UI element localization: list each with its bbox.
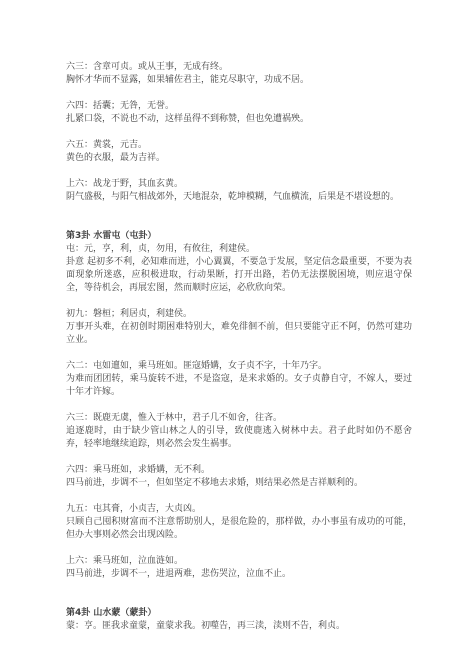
yao-entry-zhun-64: 六四：乘马班如，求婚媾，无不利。 四马前进，步调不一，但如坚定不移地去求婚，则结… [66, 464, 412, 490]
yao-entry-zhun-63: 六三：既鹿无虞，惟入于林中，君子几不如舍，往吝。 追逐鹿时，由于缺少管山林之人的… [66, 412, 412, 451]
yao-explanation: 四马前进，步调不一，进退两难，悲伤哭泣，泣血不止。 [66, 568, 412, 581]
yao-explanation: 胸怀才华而不显露，如果辅佐君主，能克尽职守，功成不居。 [66, 74, 412, 87]
yao-entry-kun-shang6: 上六：战龙于野，其血玄黄。 阴气盛极，与阳气相战郊外，天地混杂，乾坤模糊，气血横… [66, 178, 412, 204]
yao-entry-zhun-shang6: 上六：乘马班如，泣血涟如。 四马前进，步调不一，进退两难，悲伤哭泣，泣血不止。 [66, 555, 412, 581]
chapter-title: 第4卦 山水蒙（蒙卦） [66, 607, 412, 620]
gua-text: 蒙：亨。匪我求童蒙，童蒙求我。初噬告，再三渎，渎则不告，利贞。 [66, 620, 412, 633]
yao-entry-zhun-62: 六二：屯如邅如，乘马班如。匪寇婚媾，女子贞不字，十年乃字。 为难而团团转，乘马旋… [66, 360, 412, 399]
yao-entry-kun-65: 六五：黄裳，元吉。 黄色的衣服，最为吉祥。 [66, 139, 412, 165]
yao-text: 上六：乘马班如，泣血涟如。 [66, 555, 412, 568]
yao-entry-kun-63: 六三：含章可贞。或从王事，无成有终。 胸怀才华而不显露，如果辅佐君主，能克尽职守… [66, 61, 412, 87]
yao-text: 六五：黄裳，元吉。 [66, 139, 412, 152]
gua-meaning: 卦意 起初多不利，必知难而进，小心翼翼，不要急于发展，坚定信念最重要，不要为表面… [66, 256, 412, 295]
yao-text: 初九：磐桓；利居贞，利建侯。 [66, 308, 412, 321]
chapter-3-zhun: 第3卦 水雷屯（屯卦） 屯：元，亨，利，贞，勿用，有攸往，利建侯。 卦意 起初多… [66, 230, 412, 295]
yao-explanation: 为难而团团转，乘马旋转不进，不是盗寇，是来求婚的。女子贞静自守，不嫁人，要过十年… [66, 373, 412, 399]
yao-text: 六四：乘马班如，求婚媾，无不利。 [66, 464, 412, 477]
chapter-4-meng: 第4卦 山水蒙（蒙卦） 蒙：亨。匪我求童蒙，童蒙求我。初噬告，再三渎，渎则不告，… [66, 607, 412, 633]
yao-text: 六三：含章可贞。或从王事，无成有终。 [66, 61, 412, 74]
yao-text: 九五：屯其膏，小贞吉，大贞凶。 [66, 503, 412, 516]
yao-entry-kun-64: 六四：括囊；无咎，无誉。 扎紧口袋，不说也不动，这样虽得不到称赞，但也免遭祸殃。 [66, 100, 412, 126]
yao-explanation: 四马前进，步调不一，但如坚定不移地去求婚，则结果必然是吉祥顺利的。 [66, 477, 412, 490]
chapter-title: 第3卦 水雷屯（屯卦） [66, 230, 412, 243]
yao-explanation: 黄色的衣服，最为吉祥。 [66, 152, 412, 165]
document-page: 六三：含章可贞。或从王事，无成有终。 胸怀才华而不显露，如果辅佐君主，能克尽职守… [0, 0, 474, 670]
yao-explanation: 追逐鹿时，由于缺少管山林之人的引导，致使鹿逃入树林中去。君子此时如仍不愿舍弃，轻… [66, 425, 412, 451]
yao-explanation: 阴气盛极，与阳气相战郊外，天地混杂，乾坤模糊，气血横流，后果是不堪设想的。 [66, 191, 412, 204]
gua-text: 屯：元，亨，利，贞，勿用，有攸往，利建侯。 [66, 243, 412, 256]
yao-text: 六三：既鹿无虞，惟入于林中，君子几不如舍，往吝。 [66, 412, 412, 425]
yao-explanation: 扎紧口袋，不说也不动，这样虽得不到称赞，但也免遭祸殃。 [66, 113, 412, 126]
yao-entry-zhun-95: 九五：屯其膏，小贞吉，大贞凶。 只顾自己囤积财富而不注意帮助别人，是很危险的，那… [66, 503, 412, 542]
yao-entry-zhun-chu9: 初九：磐桓；利居贞，利建侯。 万事开头难，在初创时期困难特别大，难免徘徊不前，但… [66, 308, 412, 347]
yao-explanation: 万事开头难，在初创时期困难特别大，难免徘徊不前，但只要能守正不阿，仍然可建功立业… [66, 321, 412, 347]
yao-text: 六二：屯如邅如，乘马班如。匪寇婚媾，女子贞不字，十年乃字。 [66, 360, 412, 373]
yao-explanation: 只顾自己囤积财富而不注意帮助别人，是很危险的，那样做，办小事虽有成功的可能，但办… [66, 516, 412, 542]
yao-text: 上六：战龙于野，其血玄黄。 [66, 178, 412, 191]
yao-text: 六四：括囊；无咎，无誉。 [66, 100, 412, 113]
